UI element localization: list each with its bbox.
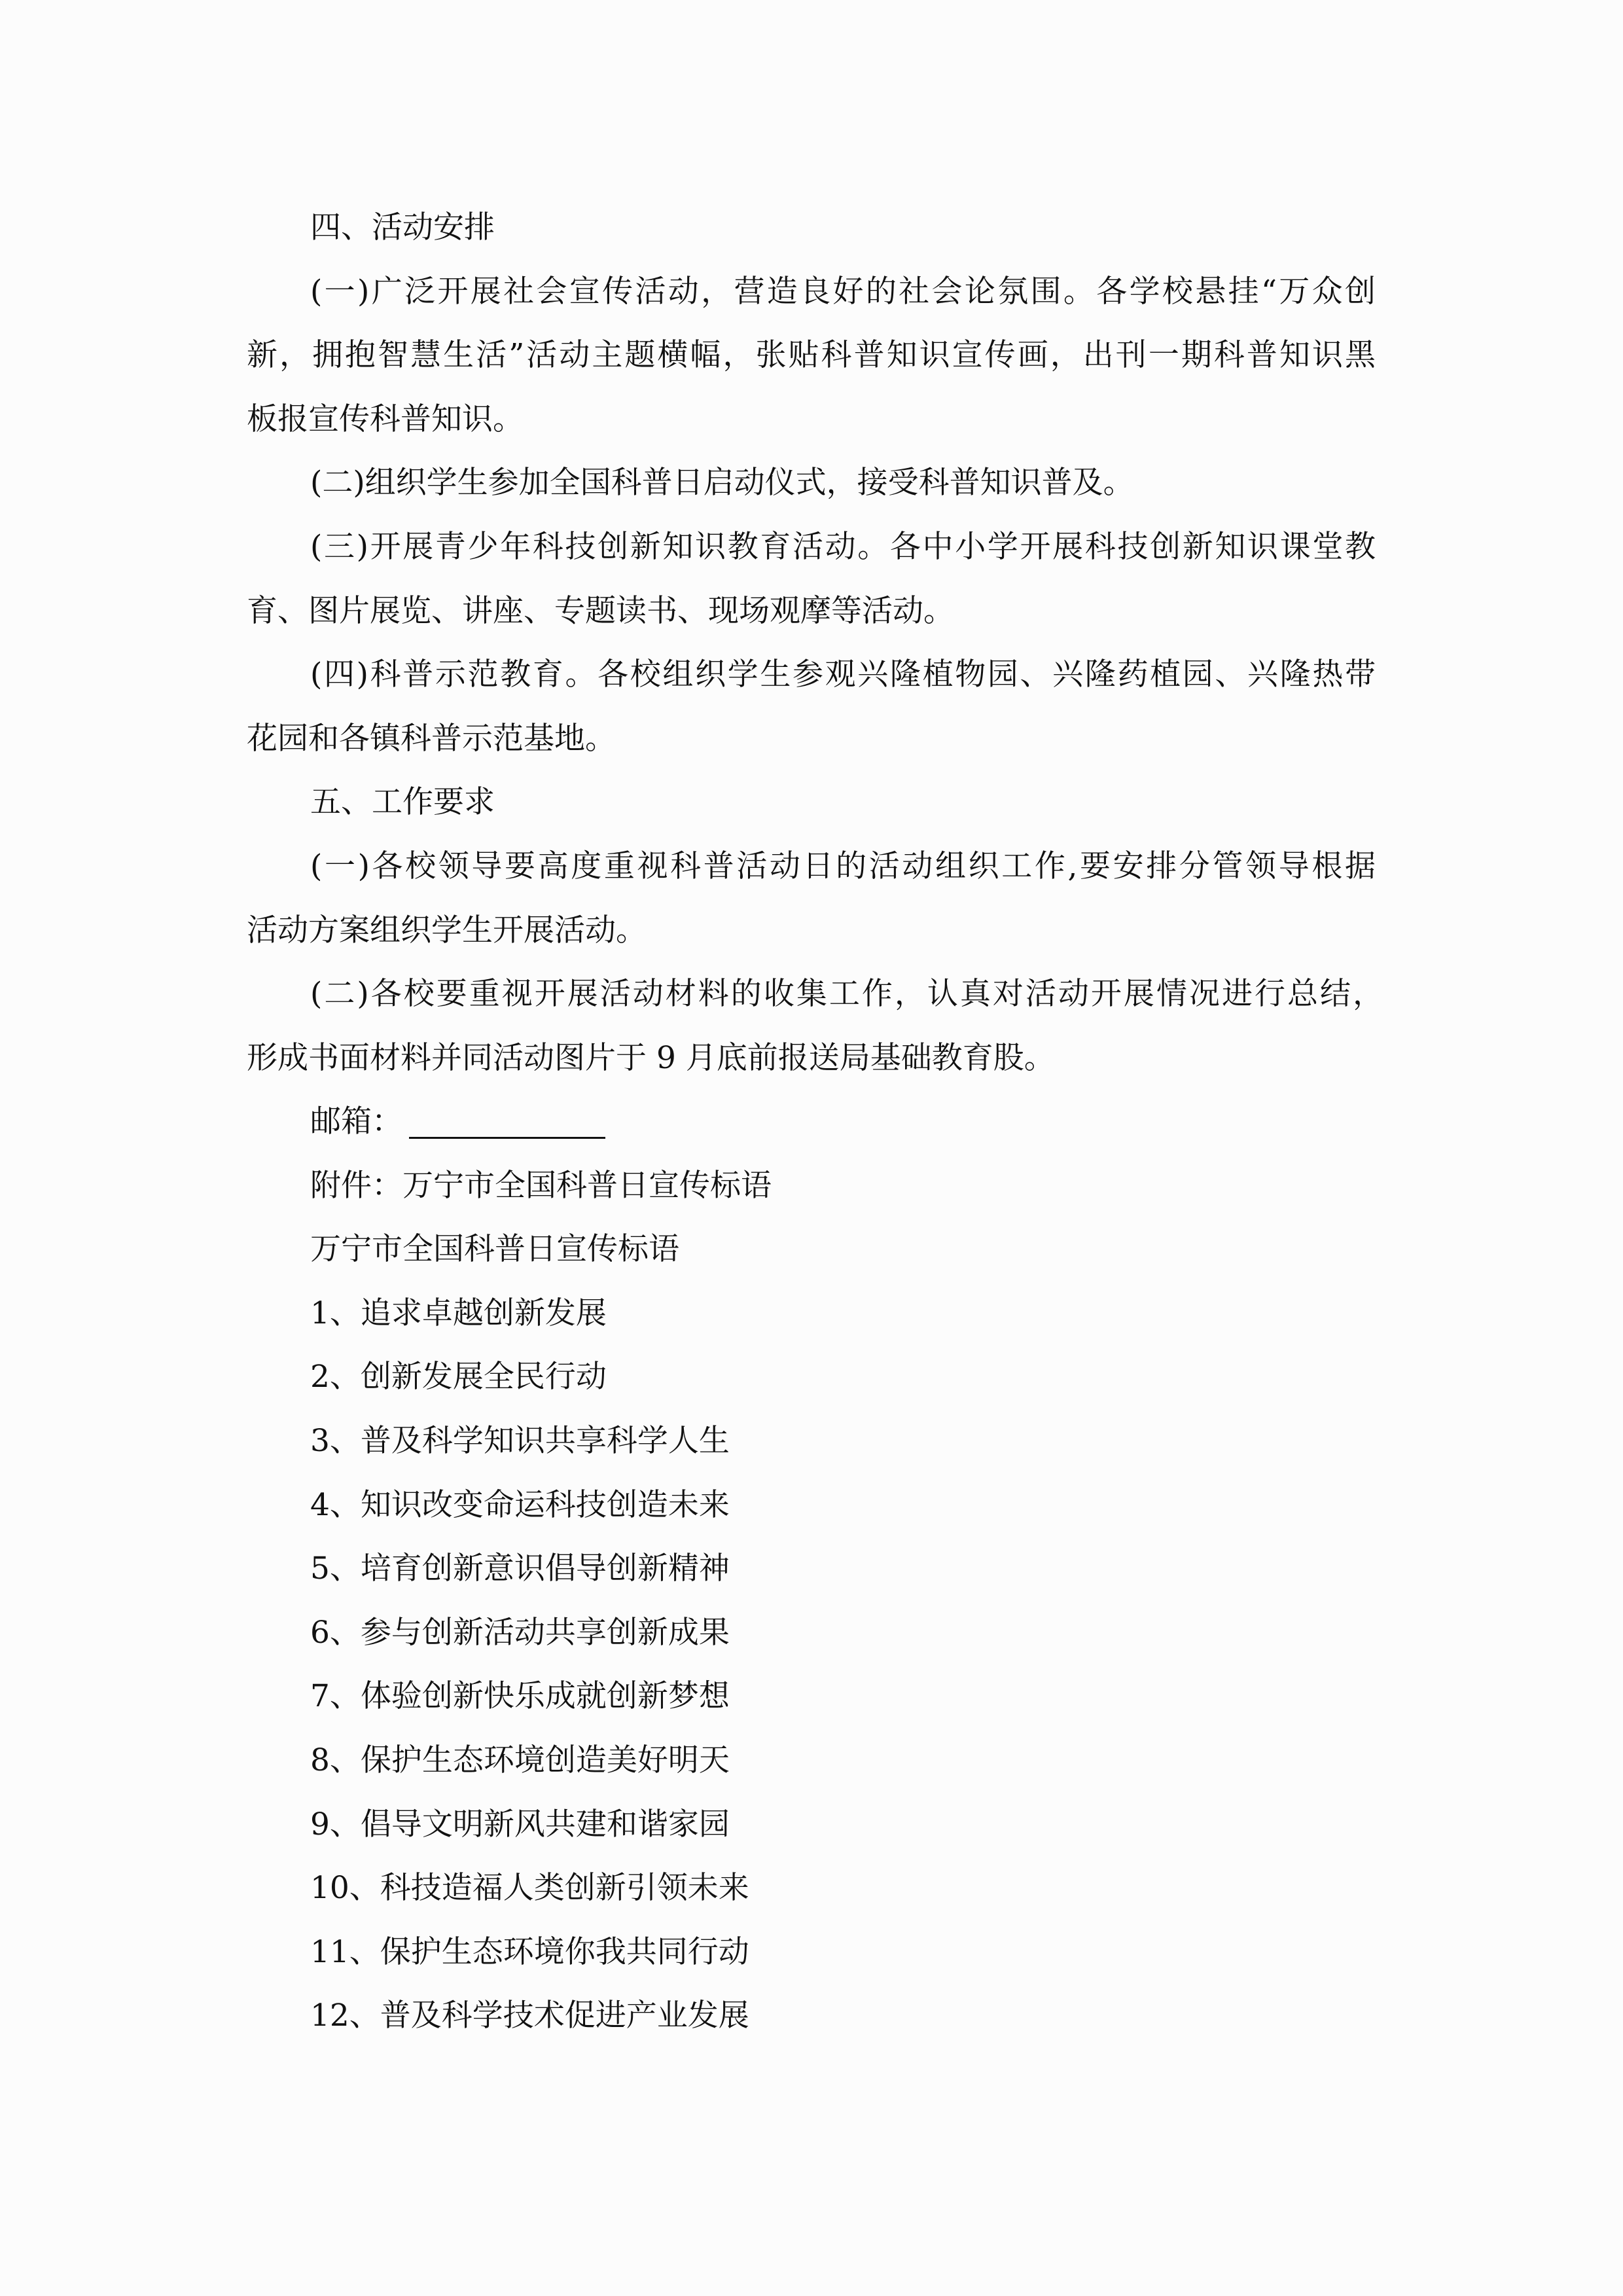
activity-item-2-line-1: (二)组织学生参加全国科普日启动仪式，接受科普知识普及。 — [310, 463, 1376, 503]
activity-item-1-line-1: (一)广泛开展社会宣传活动，营造良好的社会论氛围。各学校悬挂“万众创 — [310, 272, 1376, 312]
slogan-item: 1、追求卓越创新发展 — [310, 1294, 1376, 1333]
activity-item-1-line-2: 新，拥抱智慧生活”活动主题横幅，张贴科普知识宣传画，出刊一期科普知识黑 — [247, 336, 1376, 375]
email-row: 邮箱： — [310, 1102, 1376, 1141]
activity-item-3-line-2: 育、图片展览、讲座、专题读书、现场观摩等活动。 — [247, 592, 1376, 631]
requirement-item-1-line-1: (一)各校领导要高度重视科普活动日的活动组织工作,要安排分管领导根据 — [310, 847, 1376, 886]
activity-item-1-line-3: 板报宣传科普知识。 — [247, 400, 1376, 439]
slogan-item: 2、创新发展全民行动 — [310, 1357, 1376, 1397]
slogans-title: 万宁市全国科普日宣传标语 — [310, 1230, 1376, 1269]
slogan-item: 5、培育创新意识倡导创新精神 — [310, 1549, 1376, 1588]
activity-item-3-line-1: (三)开展青少年科技创新知识教育活动。各中小学开展科技创新知识课堂教 — [310, 528, 1376, 567]
email-blank-underline — [409, 1137, 605, 1139]
email-label: 邮箱： — [310, 1103, 402, 1139]
slogan-item: 8、保护生态环境创造美好明天 — [310, 1741, 1376, 1780]
attachment-line: 附件：万宁市全国科普日宣传标语 — [310, 1166, 1376, 1206]
slogan-item: 4、知识改变命运科技创造未来 — [310, 1486, 1376, 1525]
slogan-item: 6、参与创新活动共享创新成果 — [310, 1613, 1376, 1653]
slogan-item: 10、科技造福人类创新引领未来 — [310, 1869, 1376, 1908]
slogan-item: 12、普及科学技术促进产业发展 — [310, 1996, 1376, 2036]
slogan-item: 3、普及科学知识共享科学人生 — [310, 1422, 1376, 1461]
slogan-item: 9、倡导文明新风共建和谐家园 — [310, 1805, 1376, 1844]
requirement-item-2-line-1: (二)各校要重视开展活动材料的收集工作，认真对活动开展情况进行总结， — [310, 975, 1383, 1014]
activity-item-4-line-2: 花园和各镇科普示范基地。 — [247, 719, 1376, 759]
slogan-item: 11、保护生态环境你我共同行动 — [310, 1933, 1376, 1972]
requirement-item-2-line-2: 形成书面材料并同活动图片于 9 月底前报送局基础教育股。 — [247, 1039, 1376, 1078]
requirement-item-1-line-2: 活动方案组织学生开展活动。 — [247, 911, 1376, 950]
document-page: 四、活动安排 (一)广泛开展社会宣传活动，营造良好的社会论氛围。各学校悬挂“万众… — [0, 0, 1623, 2296]
slogan-item: 7、体验创新快乐成就创新梦想 — [310, 1677, 1376, 1716]
section-heading-activities: 四、活动安排 — [310, 208, 1376, 247]
activity-item-4-line-1: (四)科普示范教育。各校组织学生参观兴隆植物园、兴隆药植园、兴隆热带 — [310, 655, 1376, 694]
section-heading-requirements: 五、工作要求 — [310, 783, 1376, 822]
